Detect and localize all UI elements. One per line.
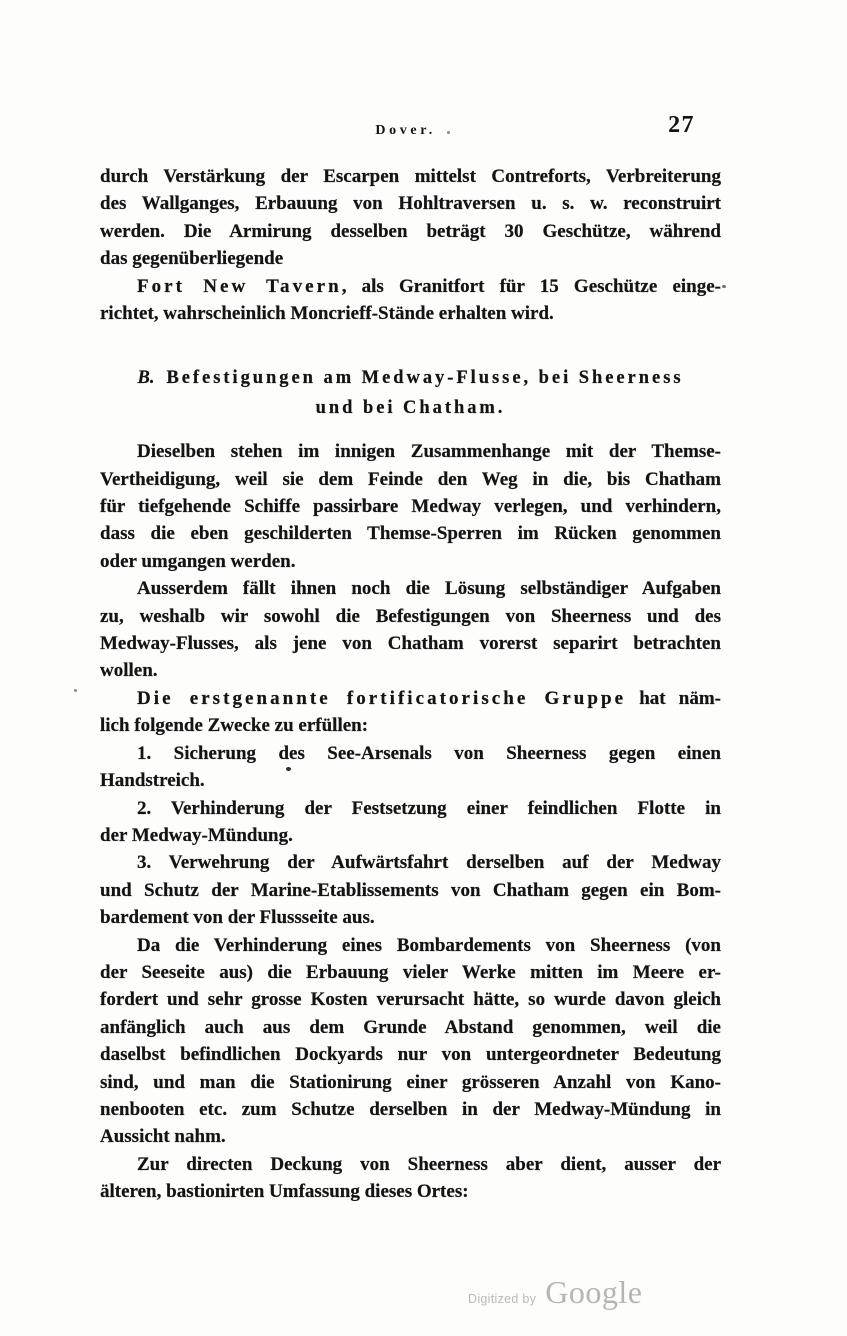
text-line: der Seeseite aus) die Erbauung vieler We…	[100, 959, 721, 986]
watermark-prefix: Digitized by	[468, 1292, 536, 1306]
letterspaced-text: Die erstgenannte fortificatorische Grupp…	[137, 688, 626, 709]
scan-speck	[286, 767, 291, 771]
paragraphs-after-heading: Dieselben stehen im innigen Zusammenhang…	[100, 438, 721, 1205]
scan-speck	[74, 689, 77, 692]
text-line: der Medway-Mündung.	[100, 822, 721, 849]
running-title: Dover.	[375, 123, 436, 139]
text-line: bardement von der Flussseite aus.	[100, 904, 721, 931]
text-line: dass die eben geschilderten Themse-Sperr…	[100, 520, 721, 547]
text-line: Ausserdem fällt ihnen noch die Lösung se…	[100, 575, 721, 602]
text-line: Zur directen Deckung von Sheerness aber …	[100, 1151, 721, 1178]
paragraphs-before-heading: durch Verstärkung der Escarpen mittelst …	[100, 163, 721, 327]
text-line: durch Verstärkung der Escarpen mittelst …	[100, 163, 721, 190]
text-line: fordert und sehr grosse Kosten verursach…	[100, 986, 721, 1013]
scan-speck	[447, 131, 450, 134]
text-line: sind, und man die Stationirung einer grö…	[100, 1069, 721, 1096]
text-line: werden. Die Armirung desselben beträgt 3…	[100, 218, 721, 245]
text-line: 1. Sicherung des See-Arsenals von Sheern…	[100, 740, 721, 767]
text-line: Vertheidigung, weil sie dem Feinde den W…	[100, 466, 721, 493]
section-heading-line-1: B.Befestigungen am Medway-Flusse, bei Sh…	[100, 363, 721, 393]
scanned-book-page: Dover. 27 durch Verstärkung der Escarpen…	[0, 0, 847, 1336]
text-line: Aussicht nahm.	[100, 1123, 721, 1150]
scan-speck	[722, 285, 726, 288]
text-line: zu, weshalb wir sowohl die Befestigungen…	[100, 603, 721, 630]
google-logo: Google	[545, 1274, 642, 1311]
text-column: durch Verstärkung der Escarpen mittelst …	[100, 163, 721, 1206]
text-line: daselbst befindlichen Dockyards nur von …	[100, 1041, 721, 1068]
text-line: Handstreich.	[100, 767, 721, 794]
page-number: 27	[668, 112, 695, 139]
section-heading-text: Befestigungen am Medway-Flusse, bei Shee…	[166, 368, 683, 388]
text-line: für tiefgehende Schiffe passirbare Medwa…	[100, 493, 721, 520]
text-line: das gegenüberliegende	[100, 245, 721, 272]
text-line: des Wallganges, Erbauung von Hohltravers…	[100, 190, 721, 217]
text-line: Dieselben stehen im innigen Zusammenhang…	[100, 438, 721, 465]
text-segment: , als Granitfort für 15 Geschütze einge-	[342, 276, 721, 297]
page-header: Dover. 27	[100, 110, 721, 154]
text-line: wollen.	[100, 657, 721, 684]
text-line: und Schutz der Marine-Etablissements von…	[100, 877, 721, 904]
text-line: 2. Verhinderung der Festsetzung einer fe…	[100, 795, 721, 822]
section-label: B.	[137, 368, 154, 388]
text-line: Da die Verhinderung eines Bombardements …	[100, 932, 721, 959]
section-heading: B.Befestigungen am Medway-Flusse, bei Sh…	[100, 363, 721, 423]
text-line: Fort New Tavern, als Granitfort für 15 G…	[100, 273, 721, 300]
text-line: richtet, wahrscheinlich Moncrieff-Stände…	[100, 300, 721, 327]
text-line: anfänglich auch aus dem Grunde Abstand g…	[100, 1014, 721, 1041]
text-line: 3. Verwehrung der Aufwärtsfahrt derselbe…	[100, 849, 721, 876]
text-line: lich folgende Zwecke zu erfüllen:	[100, 712, 721, 739]
digitization-watermark: Digitized by Google	[468, 1274, 642, 1311]
text-line: oder umgangen werden.	[100, 548, 721, 575]
section-heading-line-2: und bei Chatham.	[100, 393, 721, 423]
letterspaced-text: Fort New Tavern	[137, 276, 342, 297]
text-line: älteren, bastionirten Umfassung dieses O…	[100, 1178, 721, 1205]
text-line: Medway-Flusses, als jene von Chatham vor…	[100, 630, 721, 657]
text-line: nenbooten etc. zum Schutze derselben in …	[100, 1096, 721, 1123]
text-line: Die erstgenannte fortificatorische Grupp…	[100, 685, 721, 712]
text-segment: hat näm-	[626, 688, 721, 709]
